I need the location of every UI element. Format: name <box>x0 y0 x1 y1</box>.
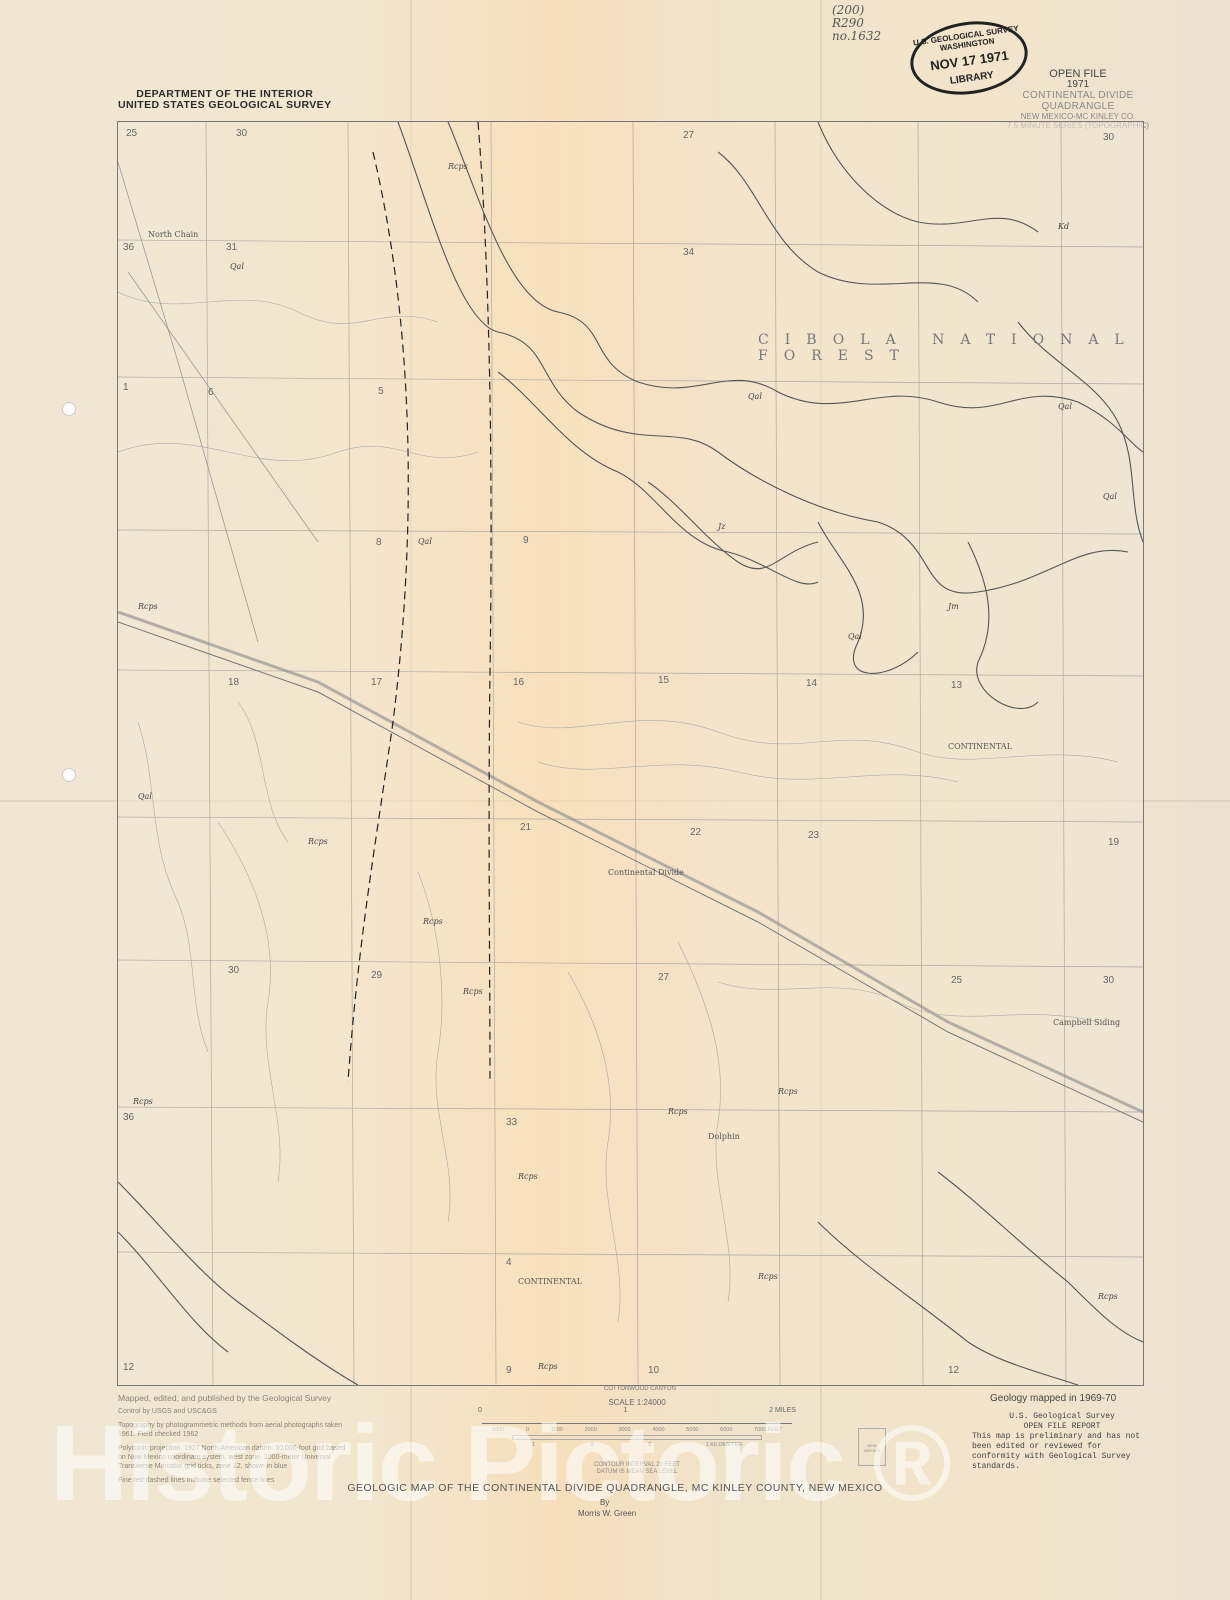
section-number: 25 <box>126 128 137 139</box>
section-number: 10 <box>648 1365 659 1376</box>
geologic-unit-label: Rcps <box>758 1272 778 1281</box>
section-number: 15 <box>658 675 669 686</box>
section-number: 25 <box>951 975 962 986</box>
geologic-unit-label: Rcps <box>778 1087 798 1096</box>
geologic-map[interactable]: CIBOLA NATIONAL FOREST 25303631342730165… <box>117 121 1144 1386</box>
geologic-unit-label: Qal <box>138 792 152 801</box>
geologic-unit-label: Rcps <box>138 602 158 611</box>
map-title: GEOLOGIC MAP OF THE CONTINENTAL DIVIDE Q… <box>330 1482 900 1494</box>
section-number: 13 <box>951 680 962 691</box>
open-file-report-note: U.S. Geological Survey OPEN FILE REPORT … <box>972 1412 1152 1472</box>
geologic-unit-label: Rcps <box>308 837 328 846</box>
section-number: 31 <box>226 242 237 253</box>
geology-mapped-date: Geology mapped in 1969-70 <box>990 1393 1116 1404</box>
geologic-unit-label: Qal <box>418 537 432 546</box>
geologic-unit-label: Rcps <box>423 917 443 926</box>
section-number: 30 <box>228 965 239 976</box>
punch-hole <box>62 402 76 416</box>
section-number: 1 <box>123 382 129 393</box>
forest-label: CIBOLA NATIONAL FOREST <box>758 332 1143 364</box>
geologic-unit-label: Qal <box>848 632 862 641</box>
place-name: North Chain <box>148 230 198 239</box>
geologic-unit-label: Rcps <box>133 1097 153 1106</box>
open-file-year: 1971 <box>988 80 1168 90</box>
adjacent-quad-label: COTTONWOOD CANYON <box>470 1386 810 1392</box>
section-number: 6 <box>208 387 214 398</box>
section-number: 16 <box>513 677 524 688</box>
geologic-unit-label: Qal <box>230 262 244 271</box>
geologic-unit-label: Rcps <box>668 1107 688 1116</box>
section-number: 21 <box>520 822 531 833</box>
section-number: 33 <box>506 1117 517 1128</box>
section-number: 36 <box>123 1112 134 1123</box>
section-number: 4 <box>506 1257 512 1268</box>
section-number: 12 <box>948 1365 959 1376</box>
section-number: 14 <box>806 678 817 689</box>
section-number: 34 <box>683 247 694 258</box>
geologic-unit-label: Rcps <box>538 1362 558 1371</box>
section-number: 9 <box>506 1365 512 1376</box>
place-name: Continental Divide <box>608 868 684 877</box>
geologic-unit-label: Jm <box>948 602 959 611</box>
author: Morris W. Green <box>578 1509 636 1518</box>
section-number: 27 <box>658 972 669 983</box>
section-number: 27 <box>683 130 694 141</box>
section-number: 18 <box>228 677 239 688</box>
state-county: NEW MEXICO-MC KINLEY CO. <box>988 112 1168 121</box>
place-name: CONTINENTAL <box>948 742 1012 751</box>
geologic-unit-label: Rcps <box>518 1172 538 1181</box>
handwritten-note: (200) R290 no.1632 <box>832 4 881 43</box>
section-number: 30 <box>1103 975 1114 986</box>
section-number: 23 <box>808 830 819 841</box>
agency-line2: UNITED STATES GEOLOGICAL SURVEY <box>118 100 331 111</box>
punch-hole <box>62 768 76 782</box>
quadrangle-name: CONTINENTAL DIVIDE QUADRANGLE <box>988 90 1168 112</box>
place-name: Campbell Siding <box>1053 1018 1120 1027</box>
geologic-unit-label: Rcps <box>463 987 483 996</box>
geologic-unit-label: Kd <box>1058 222 1069 231</box>
section-number: 5 <box>378 386 384 397</box>
geologic-unit-label: Jz <box>718 522 725 531</box>
place-name: CONTINENTAL <box>518 1277 582 1286</box>
section-number: 12 <box>123 1362 134 1373</box>
section-number: 8 <box>376 537 382 548</box>
geologic-unit-label: Qal <box>1058 402 1072 411</box>
place-name: Dolphin <box>708 1132 740 1141</box>
geologic-unit-label: Rcps <box>448 162 468 171</box>
map-linework <box>118 122 1143 1385</box>
watermark: Historic Pictoric ® <box>50 1400 950 1525</box>
geologic-unit-label: Rcps <box>1098 1292 1118 1301</box>
section-number: 36 <box>123 242 134 253</box>
by-label: By <box>600 1498 609 1507</box>
section-number: 30 <box>236 128 247 139</box>
agency-header: DEPARTMENT OF THE INTERIOR UNITED STATES… <box>118 89 331 111</box>
section-number: 19 <box>1108 837 1119 848</box>
section-number: 29 <box>371 970 382 981</box>
section-number: 17 <box>371 677 382 688</box>
geologic-unit-label: Qal <box>748 392 762 401</box>
section-number: 22 <box>690 827 701 838</box>
section-number: 9 <box>523 535 529 546</box>
section-number: 30 <box>1103 132 1114 143</box>
geologic-unit-label: Qal <box>1103 492 1117 501</box>
